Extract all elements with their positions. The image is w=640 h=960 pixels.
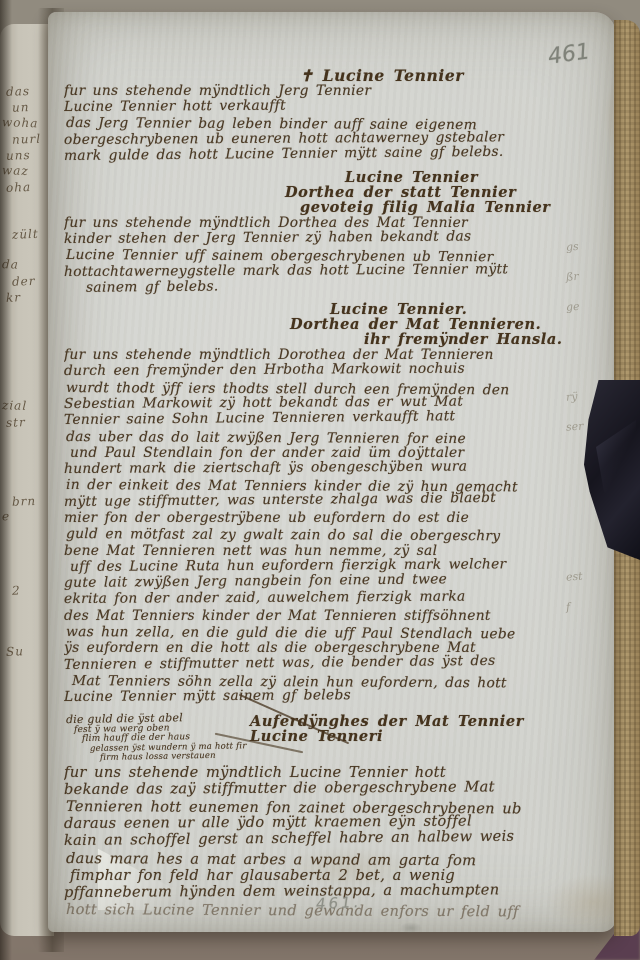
entry-4-headings: Auferdÿnghes der Mat TennierLucine Tenne… <box>250 714 598 744</box>
manuscript-page: 461 ✝ Lucine Tennier fur uns stehende mÿ… <box>48 12 616 932</box>
text-line: durch een fremÿnder den Hrbotha Markowit… <box>64 360 598 380</box>
text-line: ekrita fon der ander zaid, auwelchem fie… <box>64 588 598 608</box>
folio-number-top: 461 <box>546 39 591 70</box>
heading-line: gevoteig filig Malia Tennier <box>64 200 598 215</box>
text-line: Lucine Tennier mÿtt sainem gf belebs <box>64 686 598 706</box>
text-line: das uber das do lait zwÿßen Jerg Tennier… <box>66 429 600 448</box>
entry-1-headings: ✝ Lucine Tennier <box>64 68 598 83</box>
heading-line: ✝ Lucine Tennier <box>64 68 598 83</box>
insert-note-line: firm haus lossa verstauen <box>100 750 316 763</box>
heading-line: Dorthea der statt Tennier <box>64 185 598 200</box>
pencil-smudge <box>400 922 422 934</box>
entry-3-body: fur uns stehende mÿndtlich Dorothea der … <box>64 347 598 706</box>
entry-1-body: fur uns stehende mÿndtlich Jerg TennierL… <box>64 83 598 164</box>
entry-2-headings: Lucine TennierDorthea der statt Tennierg… <box>64 170 598 215</box>
heading-line: Dorthea der Mat Tennieren. <box>64 317 598 332</box>
text-line: des Mat Tenniers kinder der Mat Tenniere… <box>64 608 598 624</box>
text-line: Tennier saine Sohn Lucine Tennieren verk… <box>64 407 598 428</box>
entry-2-body: fur uns stehende mÿndtlich Dorthea des M… <box>64 215 598 296</box>
heading-line: ihr fremÿnder Hansla. <box>64 332 598 347</box>
interlinear-note-row: die guld die ÿst abelfest ÿ wa werg oben… <box>64 712 598 762</box>
heading-line: Lucine Tennier <box>64 170 598 185</box>
text-line: mier fon der obergestrÿbene ub eufordern… <box>64 510 598 526</box>
heading-line: Lucine Tenneri <box>250 729 598 744</box>
text-line: guld en mötfast zal zy gwalt zain do sal… <box>66 526 600 545</box>
text-line: kinder stehen der Jerg Tennier zÿ haben … <box>64 228 598 247</box>
entry-3-headings: Lucine Tennier.Dorthea der Mat Tennieren… <box>64 302 598 347</box>
text-line: kain an schoffel gerst an scheffel habre… <box>64 827 598 849</box>
manuscript-photograph: dasunwohanurlunswazohazültdaderkrzialstr… <box>0 0 640 960</box>
manuscript-entry-3: Lucine Tennier.Dorthea der Mat Tennieren… <box>64 302 598 706</box>
text-line: Lucine Tennier hott verkaufft <box>64 96 598 115</box>
text-line: hundert mark die ziertschaft ÿs obengesc… <box>64 458 598 478</box>
spine-shadow <box>0 0 12 960</box>
folio-number-bottom: 461. <box>316 893 362 913</box>
text-line: was hun zella, en die guld die die uff P… <box>66 624 600 643</box>
text-line: daus mara hes a mat arbes a wpand am gar… <box>66 850 600 870</box>
text-line: bekande das zaÿ stiffmutter die obergesc… <box>64 778 598 798</box>
manuscript-entry-2: Lucine TennierDorthea der statt Tennierg… <box>64 170 598 296</box>
handwritten-text-block: ✝ Lucine Tennier fur uns stehende mÿndtl… <box>64 68 598 924</box>
heading-line: Lucine Tennier. <box>64 302 598 317</box>
manuscript-entry-1: ✝ Lucine Tennier fur uns stehende mÿndtl… <box>64 68 598 164</box>
